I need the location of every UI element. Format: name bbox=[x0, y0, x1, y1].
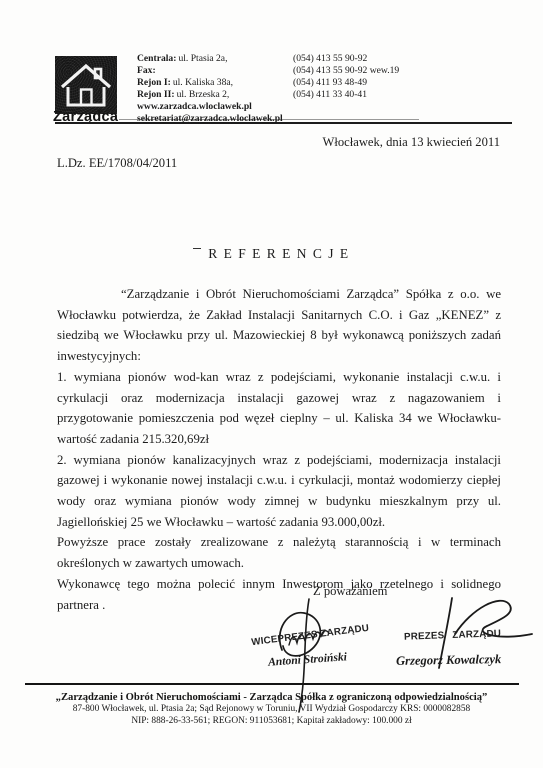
contact-address: ul. Kaliska 38a, bbox=[173, 77, 233, 88]
letterhead-contact-block: Centrala:ul. Ptasia 2a, (054) 413 55 90-… bbox=[137, 53, 437, 126]
letter-body: “Zarządzanie i Obrót Nieruchomościami Za… bbox=[57, 284, 501, 615]
dateline: Włocławek, dnia 13 kwiecień 2011 bbox=[322, 135, 500, 150]
house-icon bbox=[55, 56, 117, 114]
website-text: www.zarzadca.wloclawek.pl bbox=[137, 101, 437, 113]
contact-row: Rejon I:ul. Kaliska 38a, (054) 411 93 48… bbox=[137, 77, 437, 89]
contact-label: Fax: bbox=[137, 65, 156, 76]
document-title: R E F E R E N C J E bbox=[208, 246, 349, 261]
paragraph-quality: Powyższe prace zostały zrealizowane z na… bbox=[57, 532, 501, 573]
document-title-row: R E F E R E N C J E bbox=[0, 246, 543, 262]
scanned-letter-page: Zarządca Centrala:ul. Ptasia 2a, (054) 4… bbox=[0, 0, 543, 768]
contact-label: Rejon II: bbox=[137, 89, 175, 100]
scan-artifact-dash bbox=[193, 248, 201, 249]
contact-row: Fax: (054) 413 55 90-92 wew.19 bbox=[137, 65, 437, 77]
reference-number: L.Dz. EE/1708/04/2011 bbox=[57, 156, 177, 171]
contact-phone: (054) 411 93 48-49 bbox=[293, 77, 367, 89]
contact-phone: (054) 411 33 40-41 bbox=[293, 89, 367, 101]
footer-registry-line: 87-800 Włocławek, ul. Ptasia 2a; Sąd Rej… bbox=[0, 704, 543, 716]
contact-row: Rejon II:ul. Brzeska 2, (054) 411 33 40-… bbox=[137, 89, 437, 101]
contact-address: ul. Brzeska 2, bbox=[177, 89, 230, 100]
contact-phone: (054) 413 55 90-92 bbox=[293, 53, 367, 65]
contact-phone: (054) 413 55 90-92 wew.19 bbox=[293, 65, 399, 77]
company-logo bbox=[55, 56, 117, 114]
president-name: Grzegorz Kowalczyk bbox=[396, 652, 502, 669]
paragraph-intro: “Zarządzanie i Obrót Nieruchomościami Za… bbox=[57, 284, 501, 367]
footer: „Zarządzanie i Obrót Nieruchomościami - … bbox=[0, 691, 543, 728]
contact-row: Centrala:ul. Ptasia 2a, (054) 413 55 90-… bbox=[137, 53, 437, 65]
task-item-1: 1. wymiana pionów wod-kan wraz z podejśc… bbox=[57, 367, 501, 450]
footer-tax-line: NIP: 888-26-33-561; REGON: 911053681; Ka… bbox=[0, 716, 543, 728]
contact-label: Rejon I: bbox=[137, 77, 171, 88]
footer-company-name: „Zarządzanie i Obrót Nieruchomościami - … bbox=[0, 691, 543, 704]
contact-address: ul. Ptasia 2a, bbox=[178, 53, 227, 64]
header-divider bbox=[55, 122, 512, 124]
task-item-2: 2. wymiana pionów kanalizacyjnych wraz z… bbox=[57, 450, 501, 533]
footer-divider bbox=[25, 683, 519, 685]
contact-label: Centrala: bbox=[137, 53, 176, 64]
